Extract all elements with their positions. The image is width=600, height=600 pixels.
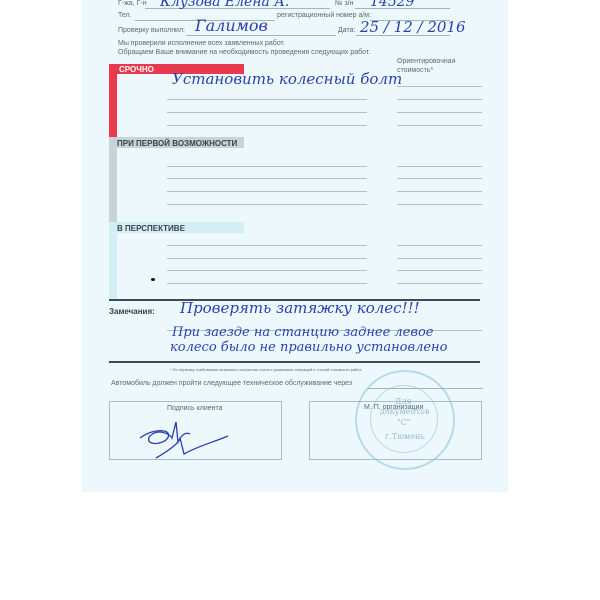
first-opportunity-cost-2[interactable] <box>397 178 482 179</box>
intro-line-1: Мы проверили исполнение всех заявленных … <box>118 40 285 47</box>
remarks-bottom-rule <box>109 361 480 363</box>
stamp-line-4: г.Тюмень <box>385 432 425 441</box>
first-opportunity-row-2[interactable] <box>167 178 367 179</box>
next-service-label: Автомобиль должен пройти следующее техни… <box>111 380 352 387</box>
stamp-line-1: Для <box>395 397 412 406</box>
perspective-row-4[interactable] <box>167 283 367 284</box>
ink-dot <box>151 278 155 281</box>
stamp-line-2: документов <box>380 407 429 416</box>
urgent-cost-3[interactable] <box>397 112 482 113</box>
perspective-title: В ПЕРСПЕКТИВЕ <box>117 224 185 233</box>
first-opportunity-row-4[interactable] <box>167 204 367 205</box>
client-signature <box>136 420 231 462</box>
first-opportunity-row-3[interactable] <box>167 191 367 192</box>
urgent-cost-4[interactable] <box>397 125 482 126</box>
urgent-row-2[interactable] <box>167 99 367 100</box>
remarks-line-3[interactable]: колесо было не правильно установлено <box>170 340 447 355</box>
date-value[interactable]: 25 / 12 / 2016 <box>360 18 466 36</box>
inspector-underline <box>186 35 336 36</box>
order-value[interactable]: 14529 <box>370 0 415 10</box>
client-signature-label: Подпись клиента <box>167 405 223 412</box>
order-label: № з/н <box>335 0 353 7</box>
perspective-cost-2[interactable] <box>397 258 482 259</box>
inspector-label: Проверку выполнил: <box>118 27 185 34</box>
perspective-row-3[interactable] <box>167 270 367 271</box>
first-opportunity-cost-3[interactable] <box>397 191 482 192</box>
urgent-row-1-text[interactable]: Установить колесный болт <box>172 70 402 88</box>
owner-label: Г-жа, Г-н <box>118 0 147 7</box>
urgent-row-4[interactable] <box>167 125 367 126</box>
intro-line-2: Обращаем Ваше внимание на необходимость … <box>118 49 370 56</box>
inspector-value[interactable]: Галимов <box>195 16 268 35</box>
stamp-line-3: "С" <box>397 418 410 427</box>
perspective-row-2[interactable] <box>167 258 367 259</box>
reg-number-label: регистрационный номер а/м: <box>277 12 371 19</box>
perspective-cost-1[interactable] <box>397 245 482 246</box>
footnote: * По первому требованию возможно получен… <box>170 367 362 372</box>
remarks-line-2[interactable]: При заезде на станцию заднее левое <box>172 325 433 340</box>
urgent-row-3[interactable] <box>167 112 367 113</box>
urgent-side-bar <box>109 74 117 137</box>
cost-header-1: Ориентировочная <box>397 58 456 65</box>
remarks-label: Замечания: <box>109 307 155 316</box>
perspective-row-1[interactable] <box>167 245 367 246</box>
perspective-cost-4[interactable] <box>397 283 482 284</box>
owner-value[interactable]: Клузова Елена А. <box>160 0 289 10</box>
urgent-cost-1[interactable] <box>397 86 482 87</box>
first-opportunity-row-1[interactable] <box>167 166 367 167</box>
urgent-title: СРОЧНО <box>119 65 154 74</box>
urgent-cost-2[interactable] <box>397 99 482 100</box>
first-opportunity-cost-4[interactable] <box>397 204 482 205</box>
first-opportunity-side-bar <box>109 148 117 222</box>
remarks-line-1[interactable]: Проверять затяжку колес!!! <box>180 299 420 317</box>
perspective-side-bar <box>109 233 117 300</box>
date-label: Дата: <box>338 27 355 34</box>
perspective-cost-3[interactable] <box>397 270 482 271</box>
cost-header-2: стоимость* <box>397 67 433 74</box>
first-opportunity-title: ПРИ ПЕРВОЙ ВОЗМОЖНОСТИ <box>117 139 237 148</box>
first-opportunity-cost-1[interactable] <box>397 166 482 167</box>
phone-label: Тел. <box>118 12 132 19</box>
